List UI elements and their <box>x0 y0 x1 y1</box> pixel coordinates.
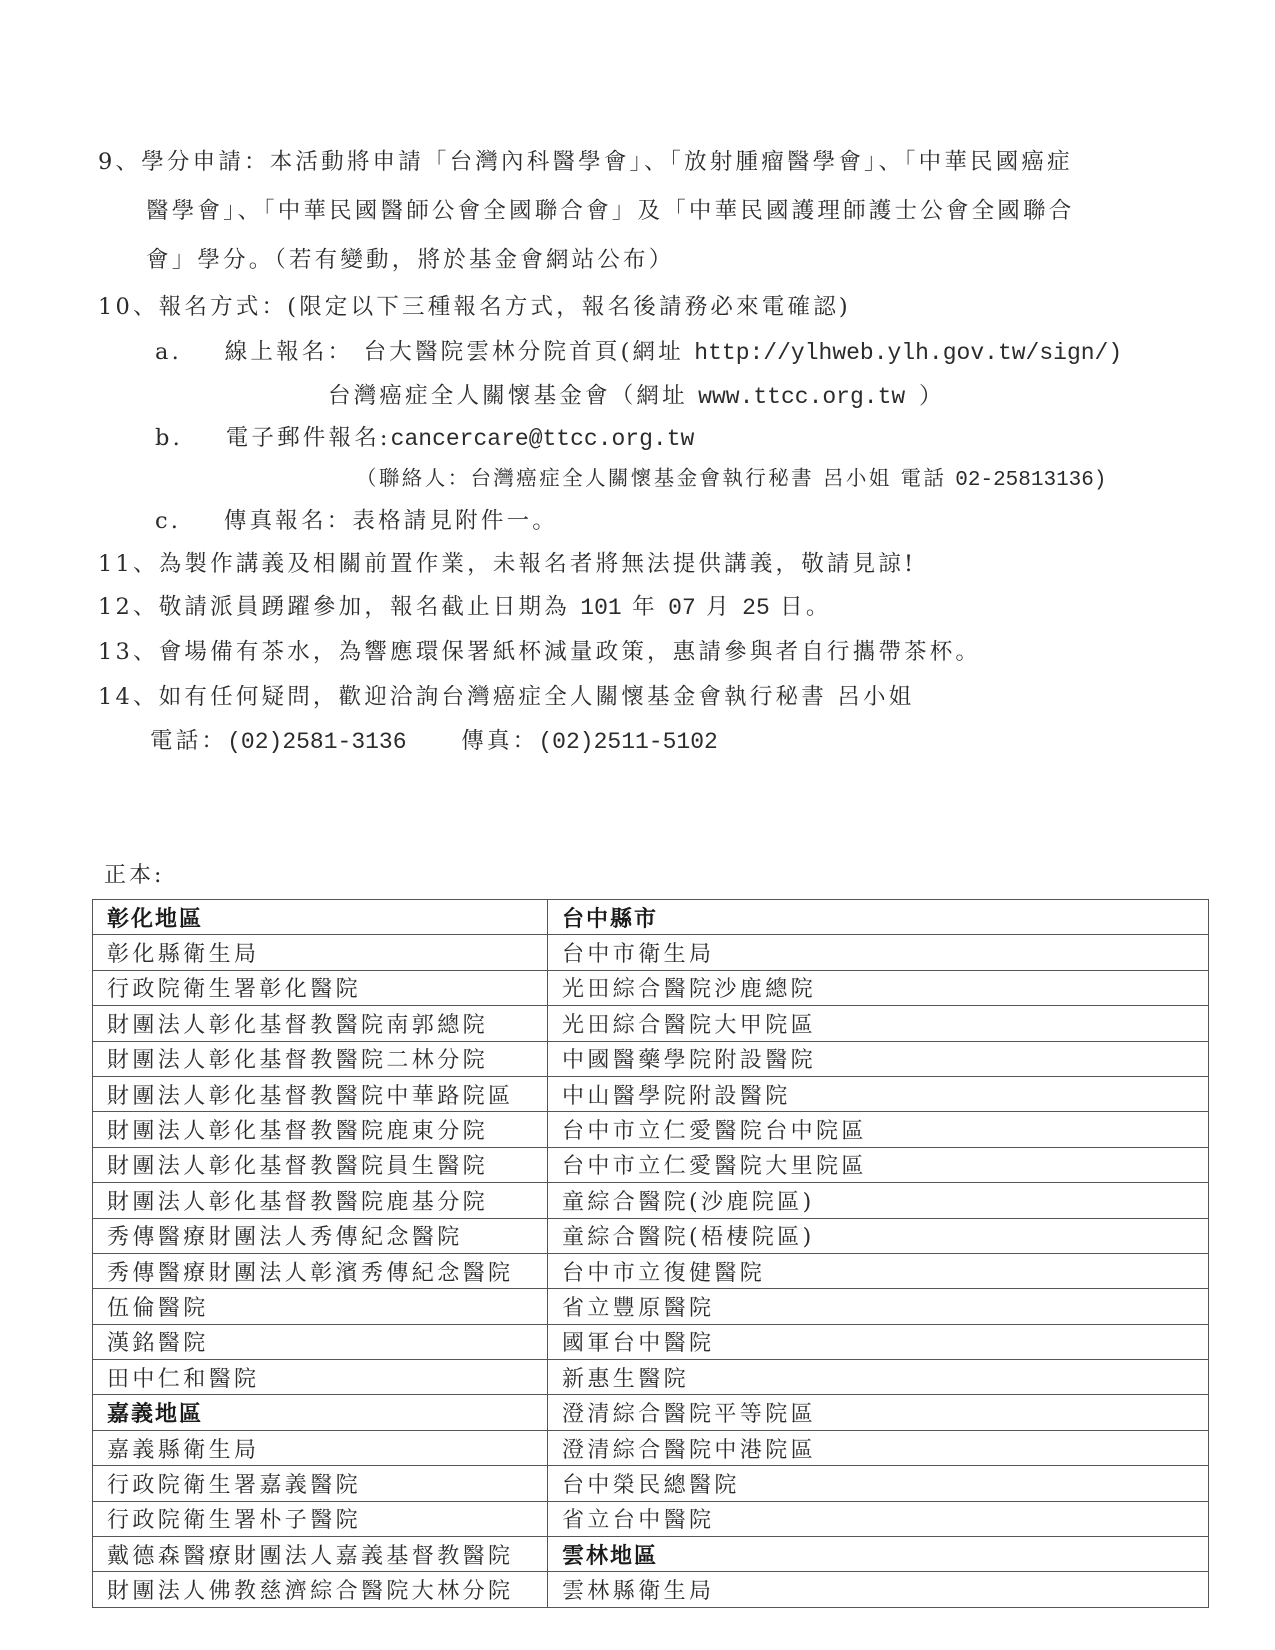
option-c-text: 傳真報名：表格請見附件一。 <box>224 508 558 534</box>
item-10-option-a: a. 線上報名： 台大醫院雲林分院首頁(網址 http://ylhweb.ylh… <box>155 337 1122 368</box>
region-header-cell: 彰化地區 <box>93 900 548 935</box>
option-a-text-2: 台灣癌症全人關懷基金會（網址 <box>328 383 698 409</box>
option-b-email[interactable]: cancercare@ttcc.org.tw <box>391 426 695 452</box>
deadline-year-unit: 年 <box>632 594 658 620</box>
item-10-title: 10、報名方式：(限定以下三種報名方式，報名後請務必來電確認) <box>98 292 851 322</box>
institution-cell: 伍倫醫院 <box>93 1289 548 1324</box>
institution-cell: 財團法人彰化基督教醫院中華路院區 <box>93 1076 548 1111</box>
item-12: 12、敬請派員踴躍參加，報名截止日期為 101 年 07 月 25 日。 <box>98 592 832 623</box>
institution-cell: 澄清綜合醫院平等院區 <box>548 1395 1209 1430</box>
institution-cell: 新惠生醫院 <box>548 1360 1209 1395</box>
institution-cell: 光田綜合醫院大甲院區 <box>548 1006 1209 1041</box>
table-row: 嘉義地區澄清綜合醫院平等院區 <box>93 1395 1209 1430</box>
table-row: 財團法人彰化基督教醫院鹿基分院童綜合醫院(沙鹿院區) <box>93 1183 1209 1218</box>
institution-cell: 省立台中醫院 <box>548 1501 1209 1536</box>
phone-number: (02)2581-3136 <box>227 729 406 755</box>
table-row: 秀傳醫療財團法人秀傳紀念醫院童綜合醫院(梧棲院區) <box>93 1218 1209 1253</box>
institution-cell: 漢銘醫院 <box>93 1324 548 1359</box>
table-row: 財團法人彰化基督教醫院二林分院中國醫藥學院附設醫院 <box>93 1041 1209 1076</box>
table-row: 嘉義縣衛生局澄清綜合醫院中港院區 <box>93 1430 1209 1465</box>
option-a-text-1: 台大醫院雲林分院首頁(網址 <box>364 339 695 365</box>
institution-cell: 財團法人彰化基督教醫院鹿東分院 <box>93 1112 548 1147</box>
institution-cell: 財團法人彰化基督教醫院南郭總院 <box>93 1006 548 1041</box>
table-row: 秀傳醫療財團法人彰濱秀傳紀念醫院台中市立復健醫院 <box>93 1253 1209 1288</box>
deadline-month-unit: 月 <box>706 594 732 620</box>
deadline-year: 101 <box>580 595 621 621</box>
institution-cell: 台中市立仁愛醫院大里院區 <box>548 1147 1209 1182</box>
institution-cell: 童綜合醫院(沙鹿院區) <box>548 1183 1209 1218</box>
table-row: 行政院衛生署朴子醫院省立台中醫院 <box>93 1501 1209 1536</box>
option-a-label: 線上報名： <box>225 339 354 365</box>
distribution-table: 彰化地區台中縣市彰化縣衛生局台中市衛生局行政院衛生署彰化醫院光田綜合醫院沙鹿總院… <box>92 899 1209 1608</box>
item-14-line-1: 14、如有任何疑問，歡迎洽詢台灣癌症全人關懷基金會執行秘書 呂小姐 <box>98 682 914 712</box>
institution-cell: 行政院衛生署朴子醫院 <box>93 1501 548 1536</box>
item-10-option-c: c. 傳真報名：表格請見附件一。 <box>155 506 558 536</box>
institution-cell: 嘉義縣衛生局 <box>93 1430 548 1465</box>
document-page: 9、學分申請：本活動將申請「台灣內科醫學會」、「放射腫瘤醫學會」、「中華民國癌症… <box>0 0 1275 1650</box>
institution-cell: 行政院衛生署彰化醫院 <box>93 970 548 1005</box>
institution-cell: 財團法人彰化基督教醫院員生醫院 <box>93 1147 548 1182</box>
option-b-label: 電子郵件報名: <box>226 425 391 451</box>
item-12-text: 12、敬請派員踴躍參加，報名截止日期為 <box>98 594 570 620</box>
option-b-marker: b. <box>155 425 183 451</box>
table-row: 財團法人彰化基督教醫院南郭總院光田綜合醫院大甲院區 <box>93 1006 1209 1041</box>
institution-cell: 台中市衛生局 <box>548 935 1209 970</box>
fax-label: 傳真： <box>461 728 538 754</box>
option-b-phone: 02-25813136) <box>955 469 1106 492</box>
item-10-option-b-contact: （聯絡人：台灣癌症全人關懷基金會執行秘書 呂小姐 電話 02-25813136) <box>356 463 1107 496</box>
table-row: 田中仁和醫院新惠生醫院 <box>93 1360 1209 1395</box>
deadline-day-unit: 日。 <box>780 594 831 620</box>
deadline-day: 25 <box>742 595 770 621</box>
item-14-contact: 電話：(02)2581-3136 傳真：(02)2511-5102 <box>150 726 718 757</box>
institution-cell: 台中市立仁愛醫院台中院區 <box>548 1112 1209 1147</box>
institution-cell: 秀傳醫療財團法人秀傳紀念醫院 <box>93 1218 548 1253</box>
institution-cell: 澄清綜合醫院中港院區 <box>548 1430 1209 1465</box>
table-row: 財團法人佛教慈濟綜合醫院大林分院雲林縣衛生局 <box>93 1572 1209 1607</box>
table-row: 彰化縣衛生局台中市衛生局 <box>93 935 1209 970</box>
institution-cell: 省立豐原醫院 <box>548 1289 1209 1324</box>
option-a-url-1[interactable]: http://ylhweb.ylh.gov.tw/sign/) <box>694 340 1122 366</box>
institution-cell: 行政院衛生署嘉義醫院 <box>93 1466 548 1501</box>
institution-cell: 秀傳醫療財團法人彰濱秀傳紀念醫院 <box>93 1253 548 1288</box>
institution-cell: 財團法人彰化基督教醫院鹿基分院 <box>93 1183 548 1218</box>
institution-cell: 戴德森醫療財團法人嘉義基督教醫院 <box>93 1537 548 1572</box>
item-9-line-1: 9、學分申請：本活動將申請「台灣內科醫學會」、「放射腫瘤醫學會」、「中華民國癌症 <box>98 147 1073 177</box>
institution-cell: 中國醫藥學院附設醫院 <box>548 1041 1209 1076</box>
institution-cell: 台中市立復健醫院 <box>548 1253 1209 1288</box>
table-row: 漢銘醫院國軍台中醫院 <box>93 1324 1209 1359</box>
option-b-contact-text: （聯絡人：台灣癌症全人關懷基金會執行秘書 呂小姐 電話 <box>356 466 946 490</box>
table-row: 財團法人彰化基督教醫院中華路院區中山醫學院附設醫院 <box>93 1076 1209 1111</box>
region-header-cell: 雲林地區 <box>548 1537 1209 1572</box>
option-a-url-2[interactable]: www.ttcc.org.tw ） <box>698 384 942 410</box>
institution-cell: 雲林縣衛生局 <box>548 1572 1209 1607</box>
region-header-cell: 嘉義地區 <box>93 1395 548 1430</box>
institution-cell: 台中榮民總醫院 <box>548 1466 1209 1501</box>
table-row: 財團法人彰化基督教醫院員生醫院台中市立仁愛醫院大里院區 <box>93 1147 1209 1182</box>
distribution-label: 正本: <box>104 858 164 889</box>
item-9-line-2: 醫學會」、「中華民國醫師公會全國聯合會」及「中華民國護理師護士公會全國聯合 <box>146 196 1074 226</box>
table-row: 伍倫醫院省立豐原醫院 <box>93 1289 1209 1324</box>
institution-cell: 中山醫學院附設醫院 <box>548 1076 1209 1111</box>
phone-label: 電話： <box>150 728 227 754</box>
deadline-month: 07 <box>668 595 696 621</box>
item-10-option-a-line-2: 台灣癌症全人關懷基金會（網址 www.ttcc.org.tw ） <box>328 381 942 412</box>
item-9-line-3: 會」學分。（若有變動，將於基金會網站公布） <box>146 245 674 275</box>
item-10-option-b: b. 電子郵件報名:cancercare@ttcc.org.tw <box>155 423 694 454</box>
item-13: 13、會場備有茶水，為響應環保署紙杯減量政策，惠請參與者自行攜帶茶杯。 <box>98 637 981 667</box>
table-row: 財團法人彰化基督教醫院鹿東分院台中市立仁愛醫院台中院區 <box>93 1112 1209 1147</box>
institution-cell: 彰化縣衛生局 <box>93 935 548 970</box>
table-row: 行政院衛生署彰化醫院光田綜合醫院沙鹿總院 <box>93 970 1209 1005</box>
item-11: 11、為製作講義及相關前置作業，未報名者將無法提供講義，敬請見諒! <box>98 549 916 579</box>
institution-cell: 財團法人佛教慈濟綜合醫院大林分院 <box>93 1572 548 1607</box>
institution-cell: 光田綜合醫院沙鹿總院 <box>548 970 1209 1005</box>
table-row: 彰化地區台中縣市 <box>93 900 1209 935</box>
fax-number: (02)2511-5102 <box>538 729 717 755</box>
option-a-marker: a. <box>155 339 182 365</box>
region-header-cell: 台中縣市 <box>548 900 1209 935</box>
institution-cell: 童綜合醫院(梧棲院區) <box>548 1218 1209 1253</box>
table-row: 行政院衛生署嘉義醫院台中榮民總醫院 <box>93 1466 1209 1501</box>
institution-cell: 國軍台中醫院 <box>548 1324 1209 1359</box>
table-row: 戴德森醫療財團法人嘉義基督教醫院雲林地區 <box>93 1537 1209 1572</box>
institution-cell: 田中仁和醫院 <box>93 1360 548 1395</box>
institution-cell: 財團法人彰化基督教醫院二林分院 <box>93 1041 548 1076</box>
option-c-marker: c. <box>155 508 181 534</box>
